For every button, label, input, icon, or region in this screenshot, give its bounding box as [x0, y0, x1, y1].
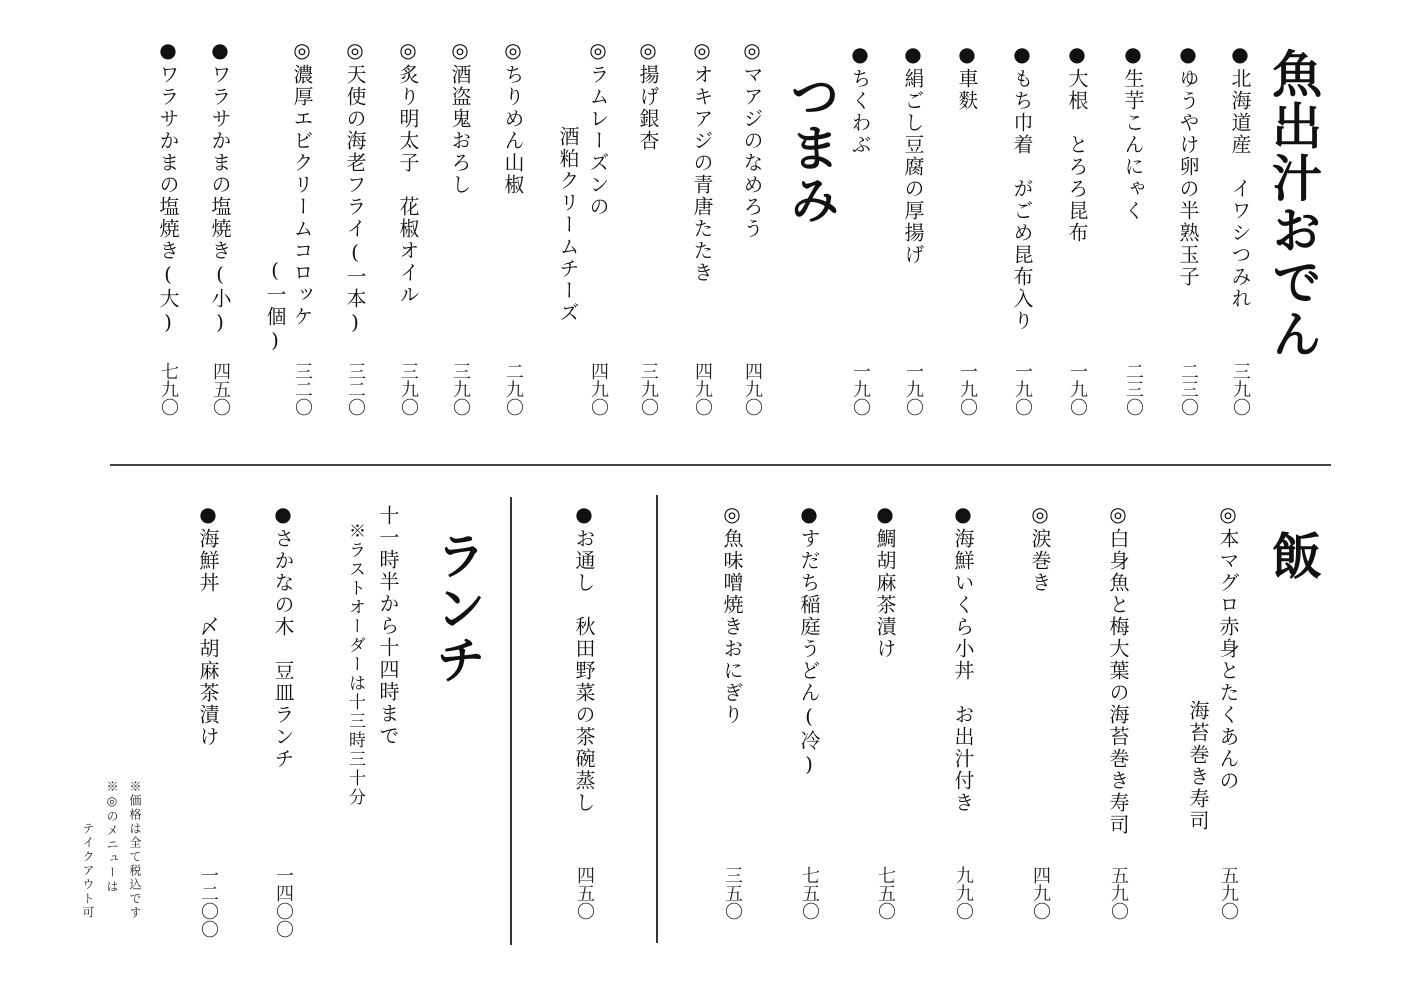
item-price: 一九〇 [1013, 362, 1031, 416]
double-circle-icon: ◎ [586, 38, 610, 64]
item-price: 三九〇 [451, 362, 469, 416]
item-name: さかなの木 豆皿ランチ [271, 528, 295, 770]
section-title-lunch: ランチ [432, 530, 482, 686]
double-circle-icon: ◎ [1028, 502, 1052, 528]
item-name: すだち稲庭うどん(冷) [797, 528, 821, 778]
double-circle-icon: ◎ [740, 38, 764, 64]
double-circle-icon: ◎ [290, 38, 314, 64]
bullet-icon: ● [1121, 42, 1145, 68]
item-price: 一四〇〇 [274, 866, 292, 938]
item-price: 二三〇 [1124, 362, 1142, 416]
item-name: 生芋こんにゃく [1121, 68, 1145, 222]
item-name: 揚げ銀杏 [636, 64, 660, 152]
item-price: 四五〇 [575, 866, 593, 920]
item-name: 海鮮丼 〆胡麻茶漬け [196, 528, 220, 748]
item-name: 海鮮いくら小丼 お出汁付き [951, 528, 975, 814]
item-price: 七五〇 [876, 866, 894, 920]
column-divider-left [510, 497, 512, 945]
item-name: お通し 秋田野菜の茶碗蒸し [572, 528, 596, 814]
item-price: 一九〇 [1068, 362, 1086, 416]
item-name-continued: 酒粕クリームチーズ [558, 126, 578, 324]
column-divider-right [656, 495, 658, 943]
lunch-hours: 十一時半から十四時まで [378, 505, 398, 747]
item-name: 酒盗鬼おろし [448, 64, 472, 196]
item-name: 涙巻き [1028, 528, 1052, 594]
double-circle-icon: ◎ [1216, 502, 1240, 528]
item-price: 七五〇 [800, 866, 818, 920]
item-name: 本マグロ赤身とたくあんの [1216, 528, 1240, 792]
item-price: 五九〇 [1219, 866, 1237, 920]
item-price: 三九〇 [1231, 362, 1249, 416]
footnote-tax: ※価格は全て税込です [129, 780, 141, 920]
bullet-icon: ● [797, 502, 821, 528]
item-price: 九九〇 [954, 866, 972, 920]
bullet-icon: ● [1065, 42, 1089, 68]
double-circle-icon: ◎ [501, 38, 525, 64]
item-price: 七九〇 [159, 362, 177, 416]
item-price: 一九〇 [958, 362, 976, 416]
item-name: ちりめん山椒 [501, 64, 525, 196]
double-circle-icon: ◎ [690, 38, 714, 64]
item-price: 四九〇 [743, 362, 761, 416]
item-price: 四九〇 [589, 362, 607, 416]
item-name: 魚味噌焼きおにぎり [720, 528, 744, 726]
item-name-continued: (一個) [265, 258, 285, 354]
double-circle-icon: ◎ [720, 502, 744, 528]
bullet-icon: ● [271, 502, 295, 528]
item-name: ラムレーズンの [586, 64, 610, 218]
item-name: 鯛胡麻茶漬け [873, 528, 897, 660]
item-name: 白身魚と梅大葉の海苔巻き寿司 [1106, 528, 1130, 836]
item-name: 絹ごし豆腐の厚揚げ [901, 68, 925, 266]
bullet-icon: ● [156, 38, 180, 64]
double-circle-icon: ◎ [396, 38, 420, 64]
section-divider [110, 464, 1331, 466]
item-price: 五九〇 [1109, 866, 1127, 920]
item-price: 二三〇 [1179, 362, 1197, 416]
double-circle-icon: ◎ [636, 38, 660, 64]
item-name: 北海道産 イワシつみれ [1228, 68, 1252, 310]
item-name: 炙り明太子 花椒オイル [396, 64, 420, 306]
bullet-icon: ● [1010, 42, 1034, 68]
item-name: ちくわぶ [848, 68, 872, 156]
double-circle-icon: ◎ [1106, 502, 1130, 528]
item-price: 一九〇 [851, 362, 869, 416]
double-circle-icon: ◎ [448, 38, 472, 64]
item-name: 天使の海老フライ(一本) [343, 64, 367, 336]
item-name: 濃厚エビクリームコロッケ [290, 64, 314, 328]
bullet-icon: ● [955, 42, 979, 68]
item-price: 三九〇 [639, 362, 657, 416]
bullet-icon: ● [196, 502, 220, 528]
footnote-takeout-cont: テイクアウト可 [82, 822, 94, 920]
menu-page: 魚出汁おでん ●北海道産 イワシつみれ 三九〇 ●ゆうやけ卵の半熟玉子 二三〇 … [0, 0, 1416, 1002]
item-name: 車麩 [955, 68, 979, 112]
bullet-icon: ● [572, 502, 596, 528]
item-name: オキアジの青唐たたき [690, 64, 714, 284]
item-price: 三二〇 [346, 362, 364, 416]
item-name: ゆうやけ卵の半熟玉子 [1176, 68, 1200, 288]
section-title-meshi: 飯 [1268, 530, 1318, 582]
bullet-icon: ● [951, 502, 975, 528]
item-name: ワラサかまの塩焼き(小) [208, 64, 232, 336]
item-price: 一九〇 [904, 362, 922, 416]
item-price: 四九〇 [693, 362, 711, 416]
bullet-icon: ● [873, 502, 897, 528]
bullet-icon: ● [848, 42, 872, 68]
item-name: もち巾着 がごめ昆布入り [1010, 68, 1034, 332]
footnote-takeout: ※◎のメニューは [106, 780, 118, 894]
bullet-icon: ● [1228, 42, 1252, 68]
double-circle-icon: ◎ [343, 38, 367, 64]
item-price: 二九〇 [504, 362, 522, 416]
section-title-tsumami: つまみ [786, 70, 836, 226]
item-name: ワラサかまの塩焼き(大) [156, 64, 180, 336]
item-name: マアジのなめろう [740, 64, 764, 240]
item-price: 四九〇 [1031, 866, 1049, 920]
item-name-continued: 海苔巻き寿司 [1188, 700, 1208, 832]
item-name: 大根 とろろ昆布 [1065, 68, 1089, 244]
bullet-icon: ● [208, 38, 232, 64]
item-price: 一二〇〇 [199, 866, 217, 938]
item-price: 四五〇 [211, 362, 229, 416]
bullet-icon: ● [901, 42, 925, 68]
item-price: 三五〇 [723, 866, 741, 920]
item-price: 三二〇 [293, 362, 311, 416]
lunch-last-order: ※ラストオーダーは十三時三十分 [346, 522, 363, 807]
bullet-icon: ● [1176, 42, 1200, 68]
item-price: 三九〇 [399, 362, 417, 416]
section-title-oden: 魚出汁おでん [1268, 48, 1318, 360]
